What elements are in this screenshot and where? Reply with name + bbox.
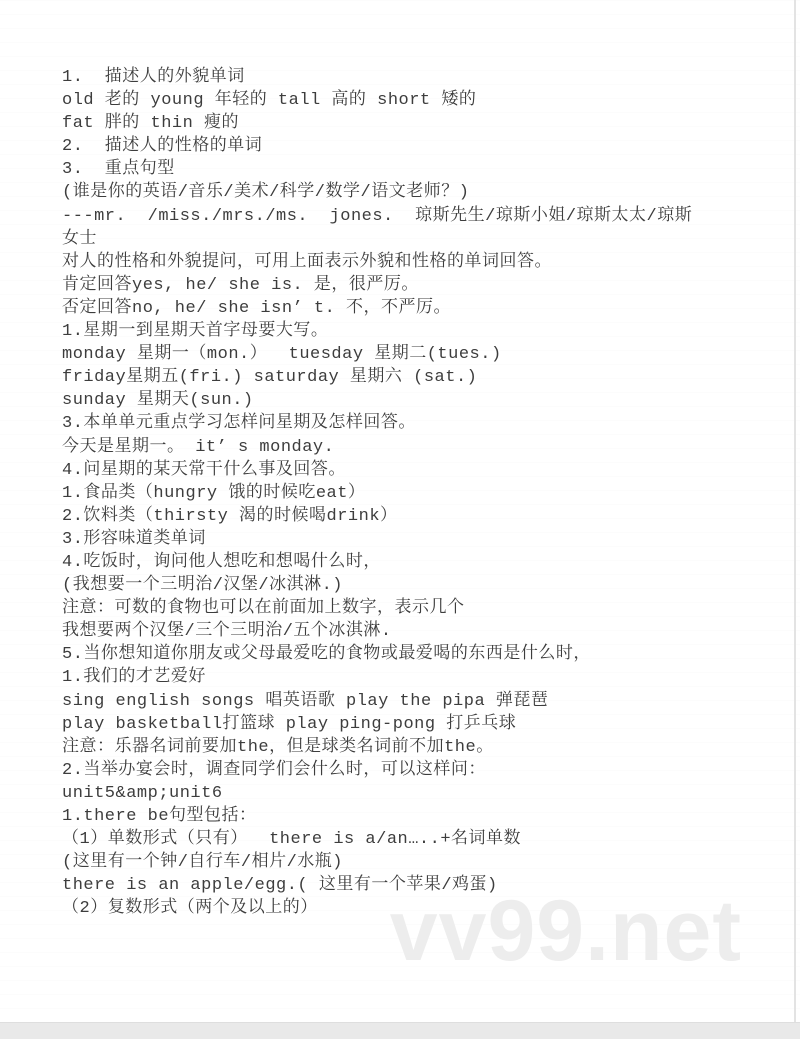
text-line: there is an apple/egg.( 这里有一个苹果/鸡蛋) [62,874,752,897]
text-line: 4.吃饭时，询问他人想吃和想喝什么时， [62,551,752,574]
scan-right-edge-line [794,0,796,1023]
text-line: 1.我们的才艺爱好 [62,666,752,689]
text-line: （2）复数形式（两个及以上的） [62,897,752,920]
text-line: 1. 描述人的外貌单词 [62,66,752,89]
text-line: 3.本单单元重点学习怎样问星期及怎样回答。 [62,412,752,435]
text-line: 3. 重点句型 [62,158,752,181]
text-line: 对人的性格和外貌提问，可用上面表示外貌和性格的单词回答。 [62,251,752,274]
text-line: 女士 [62,228,752,251]
text-line: 我想要两个汉堡/三个三明治/五个冰淇淋. [62,620,752,643]
text-line: 肯定回答yes, he/ she is. 是，很严厉。 [62,274,752,297]
text-line: 今天是星期一。 it’ s monday. [62,436,752,459]
text-line: 2.饮料类（thirsty 渴的时候喝drink） [62,505,752,528]
text-line: old 老的 young 年轻的 tall 高的 short 矮的 [62,89,752,112]
text-line: 2. 描述人的性格的单词 [62,135,752,158]
text-line: unit5&amp;unit6 [62,782,752,805]
scanner-bottom-band [0,1022,800,1039]
text-line: 否定回答no, he/ she isn’ t. 不，不严厉。 [62,297,752,320]
text-line: play basketball打篮球 play ping-pong 打乒乓球 [62,713,752,736]
text-line: sing english songs 唱英语歌 play the pipa 弹琵… [62,690,752,713]
text-line: 注意：可数的食物也可以在前面加上数字，表示几个 [62,597,752,620]
text-line: 1.there be句型包括： [62,805,752,828]
text-line: (这里有一个钟/自行车/相片/水瓶) [62,851,752,874]
text-line: 注意：乐器名词前要加the，但是球类名词前不加the。 [62,736,752,759]
text-line: (谁是你的英语/音乐/美术/科学/数学/语文老师？) [62,181,752,204]
text-line: fat 胖的 thin 瘦的 [62,112,752,135]
text-line: 4.问星期的某天常干什么事及回答。 [62,459,752,482]
document-text-block: 1. 描述人的外貌单词old 老的 young 年轻的 tall 高的 shor… [62,66,752,920]
text-line: （1）单数形式（只有） there is a/an…..+名词单数 [62,828,752,851]
text-line: sunday 星期天(sun.) [62,389,752,412]
text-line: 3.形容味道类单词 [62,528,752,551]
text-line: 1.星期一到星期天首字母要大写。 [62,320,752,343]
text-line: 1.食品类（hungry 饿的时候吃eat） [62,482,752,505]
text-line: monday 星期一（mon.） tuesday 星期二(tues.) [62,343,752,366]
text-line: 2.当举办宴会时，调查同学们会什么时，可以这样问： [62,759,752,782]
text-line: ---mr. /miss./mrs./ms. jones. 琼斯先生/琼斯小姐/… [62,205,752,228]
text-line: 5.当你想知道你朋友或父母最爱吃的食物或最爱喝的东西是什么时， [62,643,752,666]
text-line: friday星期五(fri.) saturday 星期六 (sat.) [62,366,752,389]
text-line: (我想要一个三明治/汉堡/冰淇淋.) [62,574,752,597]
scanned-document-page: vv99.net 1. 描述人的外貌单词old 老的 young 年轻的 tal… [0,0,800,1039]
